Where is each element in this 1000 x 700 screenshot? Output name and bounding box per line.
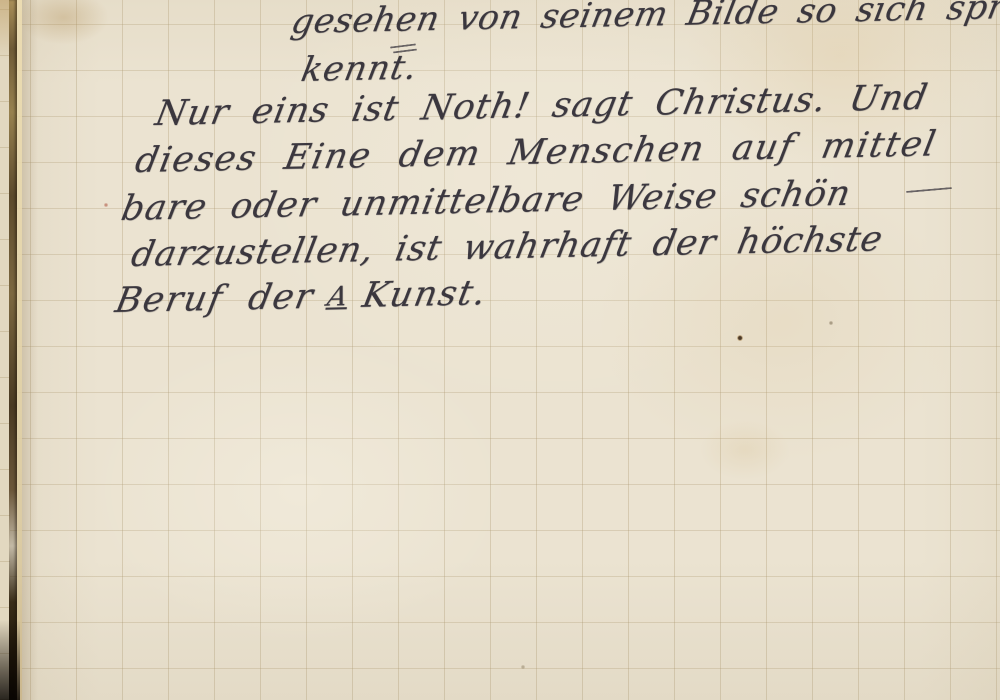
handwriting-line-2: kennt.: [298, 48, 421, 90]
corner-stain: [20, 0, 130, 70]
manuscript-page-scan: gesehen von seinem Bilde so sich spreche…: [0, 0, 1000, 700]
line-text: Kunst.: [359, 273, 490, 316]
line-text: Beruf der: [112, 277, 318, 321]
line-text: kennt.: [298, 48, 421, 90]
page-fold-line: [9, 0, 17, 700]
binding-bottom-shadow: [0, 620, 20, 700]
paper-speck: [521, 665, 525, 669]
handwriting-line-7: Beruf derAKunst.: [112, 273, 491, 321]
paper-speck: [104, 203, 108, 207]
paper-speck: [737, 335, 743, 341]
insertion-mark: A: [325, 281, 352, 312]
paper-speck: [829, 321, 833, 325]
paper-stain: [700, 420, 790, 480]
gutter-shadow: [22, 0, 38, 700]
